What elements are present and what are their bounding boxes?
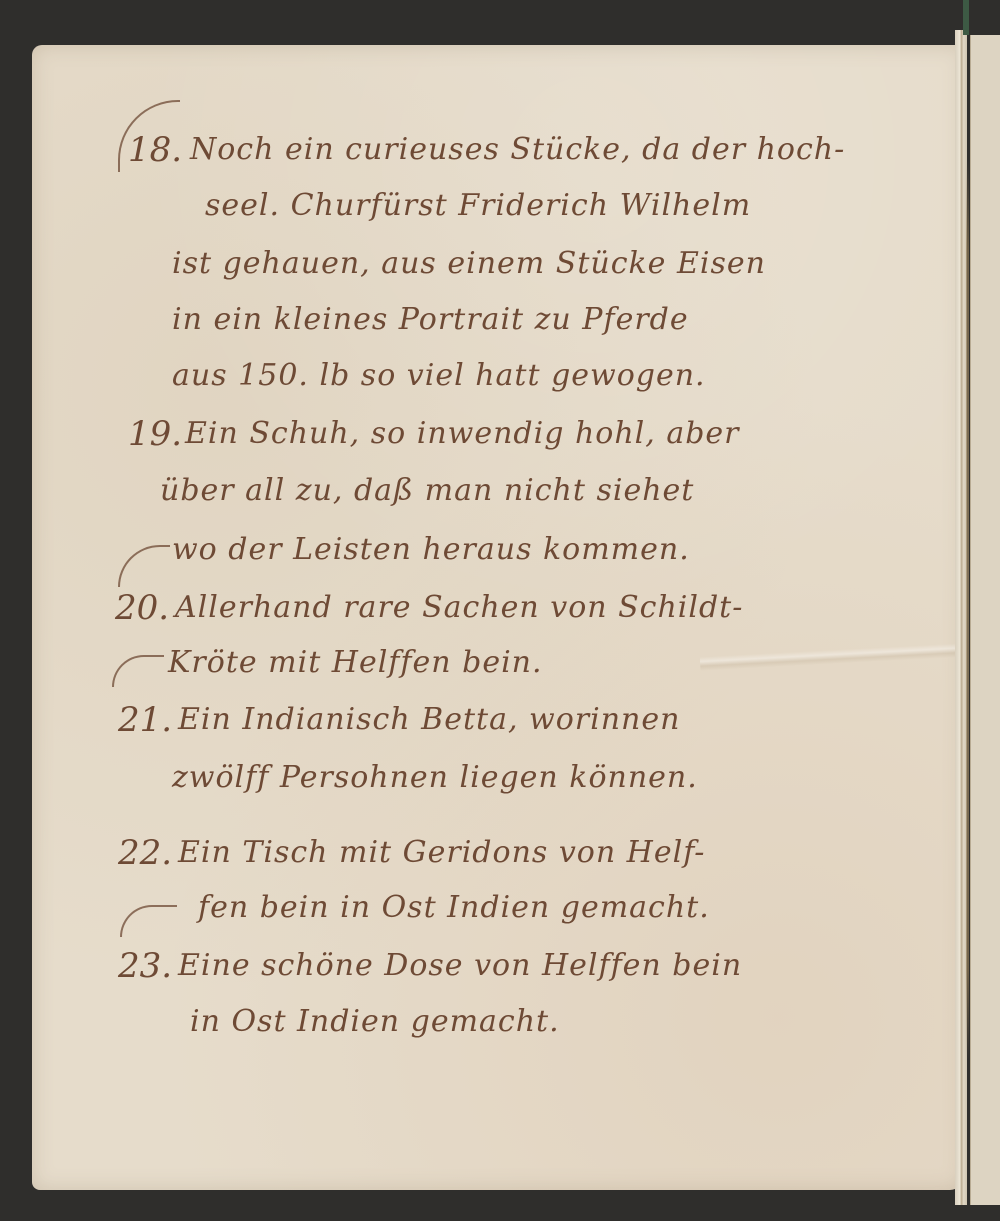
adjacent-page-edge bbox=[970, 35, 1000, 1205]
entry-line: Ein Tisch mit Geridons von Helf- bbox=[178, 835, 705, 870]
binding-cloth-edge bbox=[963, 0, 969, 35]
entry-number: 21. bbox=[118, 700, 172, 740]
entry-line: Allerhand rare Sachen von Schildt- bbox=[175, 590, 743, 625]
entry-line: zwölff Persohnen liegen können. bbox=[172, 760, 698, 795]
entry-line: in ein kleines Portrait zu Pferde bbox=[172, 302, 689, 337]
entry-number: 20. bbox=[115, 588, 169, 628]
entry-line: Ein Schuh, so inwendig hohl, aber bbox=[185, 416, 740, 451]
entry-line: aus 150. lb so viel hatt gewogen. bbox=[172, 358, 706, 393]
entry-number: 22. bbox=[118, 833, 172, 873]
entry-number: 23. bbox=[118, 946, 172, 986]
entry-line: Eine schöne Dose von Helffen bein bbox=[178, 948, 742, 983]
entry-line: Noch ein curieuses Stücke, da der hoch- bbox=[190, 132, 845, 167]
binding-thread bbox=[966, 160, 969, 1060]
entry-line: über all zu, daß man nicht siehet bbox=[160, 473, 694, 508]
entry-line: ist gehauen, aus einem Stücke Eisen bbox=[172, 246, 766, 281]
entry-number: 19. bbox=[128, 414, 182, 454]
entry-line: Kröte mit Helffen bein. bbox=[168, 645, 543, 680]
entry-line: fen bein in Ost Indien gemacht. bbox=[198, 890, 710, 925]
entry-line: seel. Churfürst Friderich Wilhelm bbox=[205, 188, 751, 223]
entry-number: 18. bbox=[128, 130, 182, 170]
entry-line: Ein Indianisch Betta, worinnen bbox=[178, 702, 680, 737]
entry-line: in Ost Indien gemacht. bbox=[190, 1004, 560, 1039]
entry-line: wo der Leisten heraus kommen. bbox=[172, 532, 690, 567]
